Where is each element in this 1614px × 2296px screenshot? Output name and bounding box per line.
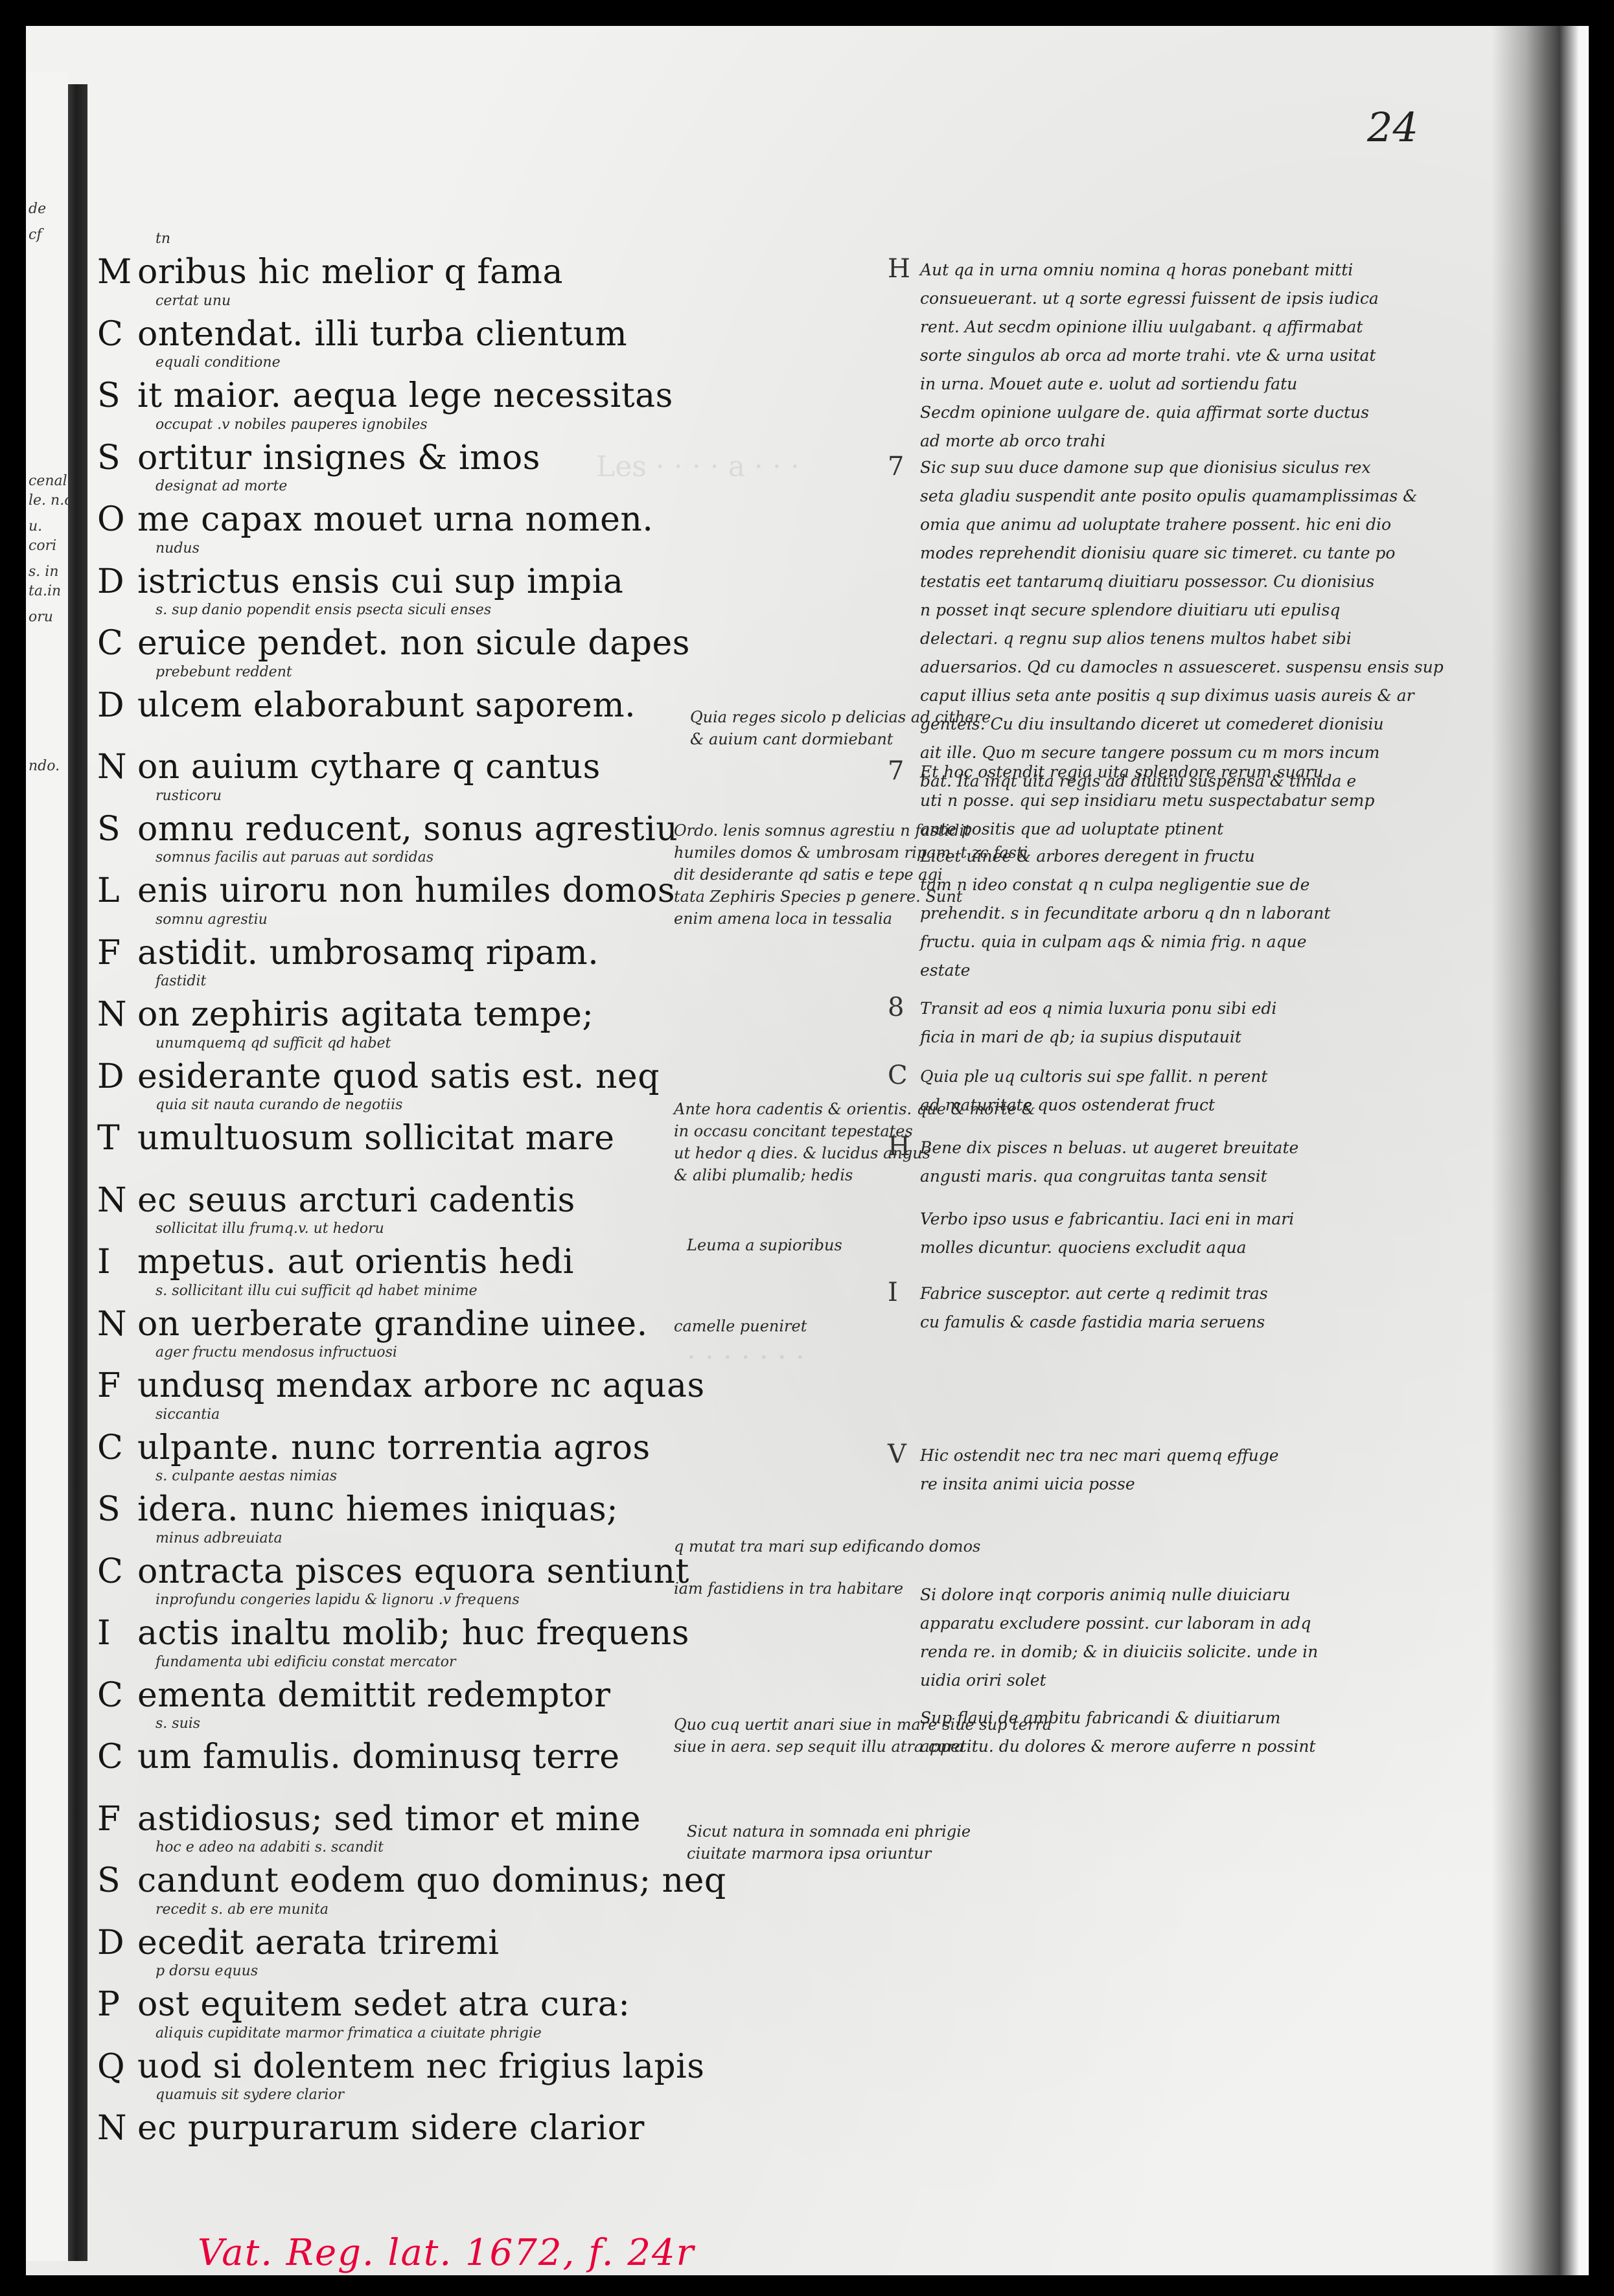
- interlinear-gloss: somnu agrestiu: [156, 912, 268, 928]
- verse-text: ontracta pisces equora sentiunt: [137, 1552, 689, 1591]
- interlinear-gloss: tn: [156, 231, 170, 247]
- commentary-line: tam n ideo constat q n culpa negligentie…: [920, 871, 1477, 899]
- verse-text: ecedit aerata triremi: [137, 1923, 500, 1962]
- commentary-block: VHic ostendit nec tra nec mari quemq eff…: [920, 1441, 1477, 1498]
- interlinear-gloss: fundamenta ubi edificiu constat mercator: [156, 1654, 456, 1670]
- reference-mark-icon: 7: [888, 452, 904, 481]
- verse-text: on uerberate grandine uinee.: [137, 1305, 648, 1344]
- commentary-line: ad maturitate quos ostenderat fruct: [920, 1091, 1477, 1119]
- reference-mark-icon: I: [888, 1278, 898, 1307]
- interlinear-gloss: equali conditione: [156, 354, 281, 371]
- commentary-line: ante positis que ad uoluptate ptinent: [920, 815, 1477, 844]
- page-edge-shadow: [1492, 26, 1589, 2275]
- commentary-block: IFabrice susceptor. aut certe q redimit …: [920, 1280, 1477, 1337]
- previous-page-fragment: le. n.c: [29, 492, 73, 509]
- verse-text: umultuosum sollicitat mare: [137, 1119, 615, 1158]
- previous-page-fragment: cf: [29, 227, 41, 243]
- verse-text: ementa demittit redemptor: [137, 1676, 610, 1715]
- commentary-line: omia que animu ad uoluptate trahere poss…: [920, 511, 1477, 539]
- commentary-line: delectari. q regnu sup alios tenens mult…: [920, 625, 1477, 653]
- commentary-line: Verbo ipso usus e fabricantiu. Iaci eni …: [920, 1205, 1477, 1234]
- folio-number: 24: [1367, 104, 1418, 151]
- verse-text: me capax mouet urna nomen.: [137, 500, 653, 539]
- gloss-line: iam fastidiens in tra habitare: [674, 1578, 903, 1600]
- verse-text: ulcem elaborabunt saporem.: [137, 686, 636, 725]
- verse-initial: N: [97, 1181, 137, 1220]
- commentary-line: ficia in mari de qb; ia supius disputaui…: [920, 1023, 1477, 1051]
- verse-initial: S: [97, 1861, 137, 1900]
- commentary-line: modes reprehendit dionisiu quare sic tim…: [920, 539, 1477, 568]
- verse-initial: N: [97, 748, 137, 786]
- verse-initial: I: [97, 1243, 137, 1281]
- verse-initial: C: [97, 1676, 137, 1715]
- commentary-line: angusti maris. qua congruitas tanta sens…: [920, 1162, 1477, 1191]
- verse-initial: P: [97, 1985, 137, 2024]
- reference-mark-icon: H: [888, 255, 910, 283]
- verse-initial: M: [97, 253, 137, 292]
- commentary-block: CQuia ple uq cultoris sui spe fallit. n …: [920, 1062, 1477, 1119]
- verse-text: um famulis. dominusq terre: [137, 1738, 620, 1776]
- gloss-line: Sicut natura in somnada eni phrigie: [687, 1820, 971, 1843]
- commentary-line: apparatu excludere possint. cur laboram …: [920, 1609, 1477, 1638]
- verse-text: ortitur insignes & imos: [137, 439, 540, 477]
- commentary-block: 7Sic sup suu duce damone sup que dionisi…: [920, 453, 1477, 796]
- commentary-line: aduersarios. Qd cu damocles n assuescere…: [920, 653, 1477, 682]
- reference-mark-icon: V: [888, 1440, 906, 1469]
- show-through-text: Les · · · · a · · ·: [596, 450, 800, 483]
- interlinear-gloss: minus adbreuiata: [156, 1530, 282, 1546]
- commentary-line: appetitu. du dolores & merore auferre n …: [920, 1732, 1477, 1761]
- commentary-block: Verbo ipso usus e fabricantiu. Iaci eni …: [920, 1205, 1477, 1262]
- shelfmark-label: Vat. Reg. lat. 1672, f. 24r: [198, 2232, 695, 2274]
- verse-text: undusq mendax arbore nc aquas: [137, 1366, 705, 1405]
- verse-text: ontendat. illi turba clientum: [137, 315, 627, 354]
- commentary-line: Secdm opinione uulgare de. quia affirmat…: [920, 398, 1477, 427]
- commentary-line: cu famulis & casde fastidia maria seruen…: [920, 1308, 1477, 1337]
- verse-text: on auium cythare q cantus: [137, 748, 601, 786]
- commentary-line: n posset inqt secure splendore diuitiaru…: [920, 596, 1477, 625]
- previous-page-edge: decfcenalle. n.cu.coris. inta.inorundo.: [26, 71, 68, 2261]
- commentary-line: Si dolore inqt corporis animiq nulle diu…: [920, 1581, 1477, 1609]
- commentary-line: testatis eet tantarumq diuitiaru possess…: [920, 568, 1477, 596]
- interlinear-gloss: quamuis sit sydere clarior: [156, 2087, 344, 2103]
- verse-initial: N: [97, 2109, 137, 2148]
- verse-text: idera. nunc hiemes iniquas;: [137, 1490, 618, 1529]
- commentary-block: 7Et hoc ostendit regia uita splendore re…: [920, 758, 1477, 844]
- interlinear-gloss: siccantia: [156, 1406, 220, 1423]
- commentary-line: sorte singulos ab orca ad morte trahi. v…: [920, 341, 1477, 370]
- commentary-block: 8Transit ad eos q nimia luxuria ponu sib…: [920, 994, 1477, 1051]
- previous-page-fragment: cenal: [29, 473, 67, 489]
- commentary-line: Aut qa in urna omniu nomina q horas pone…: [920, 256, 1477, 284]
- commentary-line: Sup flaui de ambitu fabricandi & diuitia…: [920, 1704, 1477, 1732]
- verse-text: on zephiris agitata tempe;: [137, 995, 594, 1034]
- commentary-line: Hic ostendit nec tra nec mari quemq effu…: [920, 1441, 1477, 1470]
- verse-text: enis uiroru non humiles domos: [137, 871, 675, 910]
- verse-initial: S: [97, 439, 137, 477]
- verse-text: actis inaltu molib; huc frequens: [137, 1614, 689, 1653]
- middle-gloss-block: camelle pueniret: [674, 1315, 807, 1337]
- interlinear-gloss: inprofundu congeries lapidu & lignoru .v…: [156, 1592, 520, 1608]
- verse-text: it maior. aequa lege necessitas: [137, 376, 673, 415]
- interlinear-gloss: sollicitat illu frumq.v. ut hedoru: [156, 1221, 384, 1237]
- middle-gloss-block: Sicut natura in somnada eni phrigieciuit…: [687, 1820, 971, 1865]
- interlinear-gloss: occupat .v nobiles pauperes ignobiles: [156, 417, 428, 433]
- interlinear-gloss: recedit s. ab ere munita: [156, 1901, 329, 1918]
- verse-initial: C: [97, 1429, 137, 1467]
- commentary-block: Sup flaui de ambitu fabricandi & diuitia…: [920, 1704, 1477, 1761]
- interlinear-gloss: aliquis cupiditate marmor frimatica a ci…: [156, 2025, 542, 2041]
- commentary-line: estate: [920, 956, 1477, 985]
- commentary-line: Quia ple uq cultoris sui spe fallit. n p…: [920, 1062, 1477, 1091]
- verse-initial: C: [97, 1552, 137, 1591]
- reference-mark-icon: 7: [888, 757, 904, 785]
- interlinear-gloss: nudus: [156, 540, 200, 557]
- middle-gloss-block: q mutat tra mari sup edificando domos: [674, 1535, 980, 1557]
- commentary-line: caput illius seta ante positis q sup dix…: [920, 682, 1477, 710]
- commentary-block: HBene dix pisces n beluas. ut augeret br…: [920, 1134, 1477, 1191]
- verse-initial: D: [97, 1057, 137, 1096]
- middle-gloss-block: Leuma a supioribus: [687, 1234, 842, 1256]
- verse-text: candunt eodem quo dominus; neq: [137, 1861, 726, 1900]
- verse-text: ec seuus arcturi cadentis: [137, 1181, 575, 1220]
- verse-text: eruice pendet. non sicule dapes: [137, 624, 690, 663]
- commentary-line: consueuerant. ut q sorte egressi fuissen…: [920, 284, 1477, 313]
- interlinear-gloss: s. culpante aestas nimias: [156, 1468, 337, 1484]
- commentary-line: Transit ad eos q nimia luxuria ponu sibi…: [920, 994, 1477, 1023]
- interlinear-gloss: prebebunt reddent: [156, 664, 292, 680]
- commentary-line: ad morte ab orco trahi: [920, 427, 1477, 455]
- commentary-line: Licet uinee & arbores deregent in fructu: [920, 842, 1477, 871]
- verse-text: oribus hic melior q fama: [137, 253, 563, 292]
- commentary-line: Fabrice susceptor. aut certe q redimit t…: [920, 1280, 1477, 1308]
- verse-initial: S: [97, 376, 137, 415]
- commentary-line: renda re. in domib; & in diuiciis solici…: [920, 1638, 1477, 1666]
- verse-text: istrictus ensis cui sup impia: [137, 562, 623, 601]
- verse-text: omnu reducent, sonus agrestiu: [137, 810, 678, 849]
- verse-initial: S: [97, 1490, 137, 1529]
- verse-initial: F: [97, 1800, 137, 1839]
- commentary-line: re insita animi uicia posse: [920, 1470, 1477, 1498]
- previous-page-fragment: u.: [29, 518, 42, 534]
- verse-initial: D: [97, 686, 137, 725]
- interlinear-gloss: s. sup danio popendit ensis psecta sicul…: [156, 602, 491, 618]
- commentary-line: uidia oriri solet: [920, 1666, 1477, 1695]
- previous-page-fragment: ta.in: [29, 583, 61, 599]
- commentary-line: prehendit. s in fecunditate arboru q dn …: [920, 899, 1477, 928]
- reference-mark-icon: C: [888, 1061, 908, 1090]
- verse-initial: S: [97, 810, 137, 849]
- interlinear-gloss: somnus facilis aut paruas aut sordidas: [156, 849, 433, 866]
- interlinear-gloss: p dorsu equus: [156, 1963, 258, 1979]
- interlinear-gloss: rusticoru: [156, 788, 222, 804]
- previous-page-fragment: s. in: [29, 564, 58, 580]
- gloss-line: camelle pueniret: [674, 1315, 807, 1337]
- commentary-line: seta gladiu suspendit ante posito opulis…: [920, 482, 1477, 511]
- interlinear-gloss: unumquemq qd sufficit qd habet: [156, 1035, 391, 1051]
- previous-page-fragment: de: [29, 201, 46, 217]
- commentary-line: Et hoc ostendit regia uita splendore rer…: [920, 758, 1477, 786]
- gloss-line: q mutat tra mari sup edificando domos: [674, 1535, 980, 1557]
- verse-initial: C: [97, 624, 137, 663]
- commentary-line: genteis. Cu diu insultando diceret ut co…: [920, 710, 1477, 739]
- interlinear-gloss: s. sollicitant illu cui sufficit qd habe…: [156, 1283, 478, 1299]
- verse-text: astidiosus; sed timor et mine: [137, 1800, 641, 1839]
- interlinear-gloss: fastidit: [156, 973, 206, 989]
- interlinear-gloss: designat ad morte: [156, 478, 287, 494]
- verse-initial: O: [97, 500, 137, 539]
- verse-text: ost equitem sedet atra cura:: [137, 1985, 630, 2024]
- interlinear-gloss: hoc e adeo na adabiti s. scandit: [156, 1839, 384, 1855]
- commentary-line: Sic sup suu duce damone sup que dionisiu…: [920, 453, 1477, 482]
- interlinear-gloss: quia sit nauta curando de negotiis: [156, 1097, 402, 1113]
- manuscript-page: decfcenalle. n.cu.coris. inta.inorundo. …: [26, 26, 1589, 2275]
- previous-page-fragment: oru: [29, 609, 53, 625]
- verse-initial: Q: [97, 2047, 137, 2086]
- verse-initial: N: [97, 995, 137, 1034]
- verse-initial: L: [97, 871, 137, 910]
- interlinear-gloss: s. suis: [156, 1716, 200, 1732]
- verse-initial: C: [97, 315, 137, 354]
- reference-mark-icon: 8: [888, 993, 904, 1022]
- gloss-line: ciuitate marmora ipsa oriuntur: [687, 1843, 971, 1865]
- middle-gloss-block: iam fastidiens in tra habitare: [674, 1578, 903, 1600]
- verse-text: uod si dolentem nec frigius lapis: [137, 2047, 704, 2086]
- verse-initial: D: [97, 562, 137, 601]
- commentary-block: HAut qa in urna omniu nomina q horas pon…: [920, 256, 1477, 455]
- reference-mark-icon: H: [888, 1132, 910, 1161]
- binding-gutter: [68, 84, 87, 2261]
- verse-initial: T: [97, 1119, 137, 1158]
- commentary-line: fructu. quia in culpam aqs & nimia frig.…: [920, 928, 1477, 956]
- interlinear-gloss: certat unu: [156, 293, 231, 309]
- commentary-line: molles dicuntur. quociens excludit aqua: [920, 1234, 1477, 1262]
- commentary-block: Si dolore inqt corporis animiq nulle diu…: [920, 1581, 1477, 1695]
- previous-page-fragment: ndo.: [29, 758, 60, 774]
- verse-text: ulpante. nunc torrentia agros: [137, 1429, 651, 1467]
- previous-page-fragment: cori: [29, 538, 56, 554]
- commentary-block: Licet uinee & arbores deregent in fructu…: [920, 842, 1477, 985]
- verse-text: mpetus. aut orientis hedi: [137, 1243, 574, 1281]
- commentary-line: uti n posse. qui sep insidiaru metu susp…: [920, 786, 1477, 815]
- commentary-line: rent. Aut secdm opinione illiu uulgabant…: [920, 313, 1477, 341]
- interlinear-gloss: ager fructu mendosus infructuosi: [156, 1344, 397, 1360]
- verse-text: astidit. umbrosamq ripam.: [137, 934, 599, 972]
- verse-text: ec purpurarum sidere clarior: [137, 2109, 645, 2148]
- gloss-line: Leuma a supioribus: [687, 1234, 842, 1256]
- verse-initial: N: [97, 1305, 137, 1344]
- verse-initial: D: [97, 1923, 137, 1962]
- verse-text: esiderante quod satis est. neq: [137, 1057, 660, 1096]
- verse-initial: F: [97, 1366, 137, 1405]
- verse-initial: I: [97, 1614, 137, 1653]
- commentary-line: Bene dix pisces n beluas. ut augeret bre…: [920, 1134, 1477, 1162]
- verse-initial: C: [97, 1738, 137, 1776]
- commentary-line: in urna. Mouet aute e. uolut ad sortiend…: [920, 370, 1477, 398]
- verse-initial: F: [97, 934, 137, 972]
